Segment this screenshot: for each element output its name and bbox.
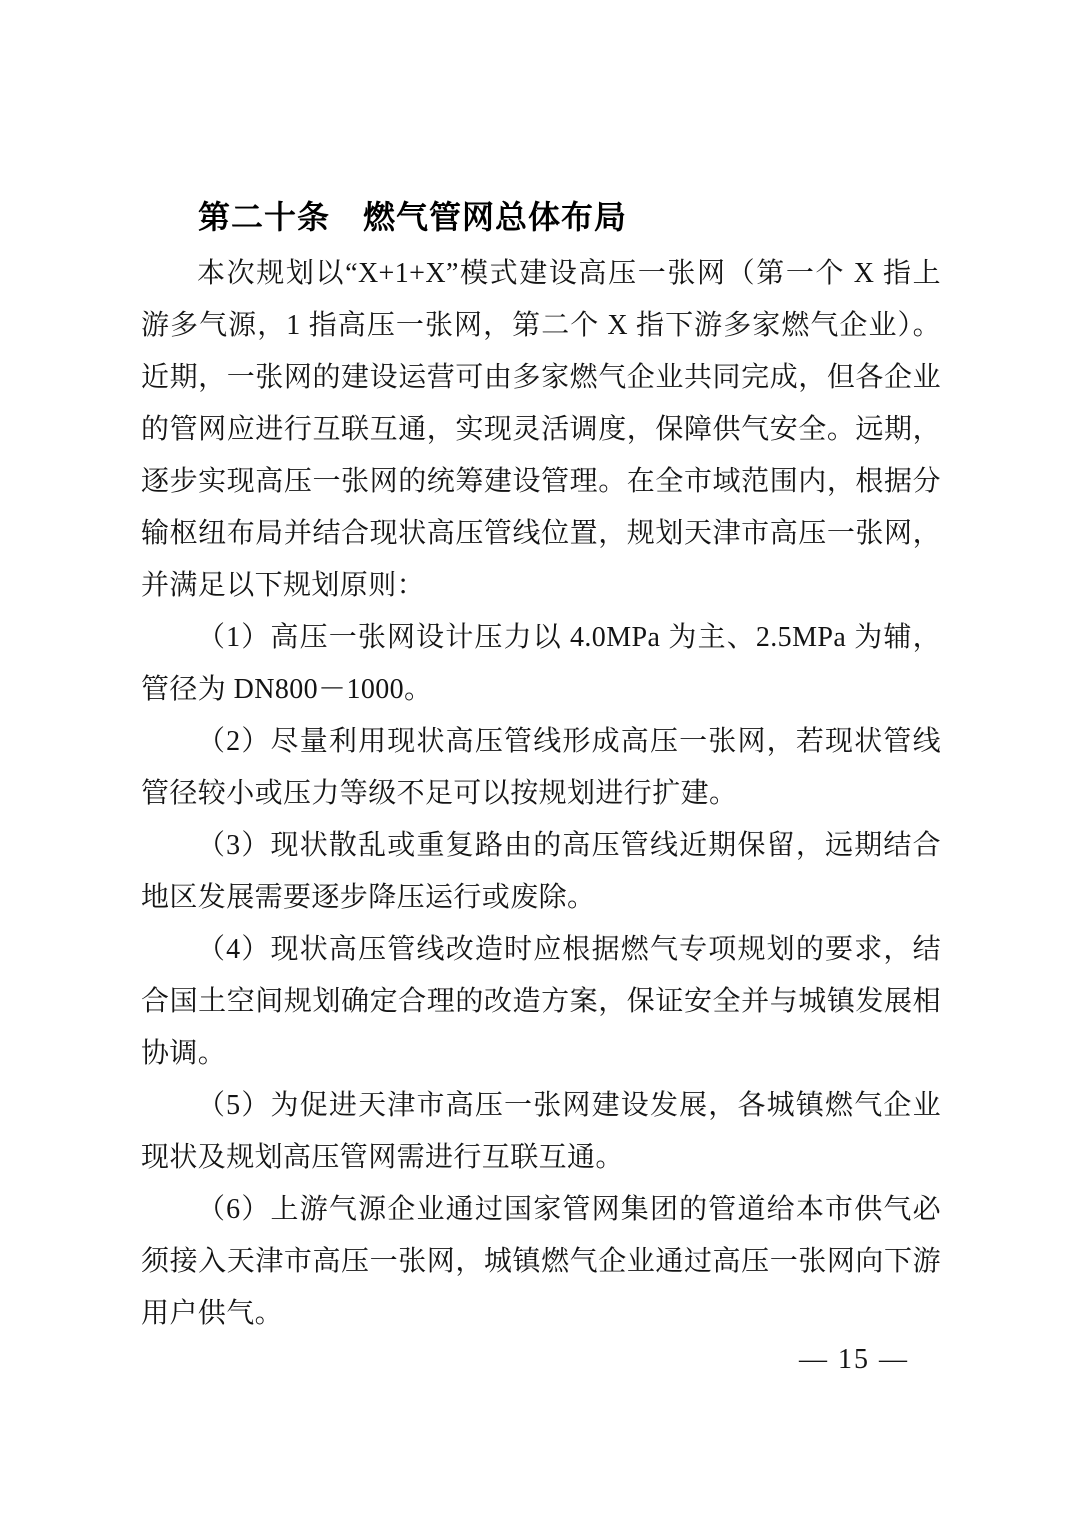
paragraph-principle-5: （5）为促进天津市高压一张网建设发展，各城镇燃气企业现状及规划高压管网需进行互联… — [141, 1080, 941, 1184]
paragraph-principle-2: （2）尽量利用现状高压管线形成高压一张网，若现状管线管径较小或压力等级不足可以按… — [141, 716, 941, 820]
paragraph-principle-1: （1）高压一张网设计压力以 4.0MPa 为主、2.5MPa 为辅，管径为 DN… — [141, 612, 941, 716]
paragraph-intro: 本次规划以“X+1+X”模式建设高压一张网（第一个 X 指上游多气源，1 指高压… — [141, 248, 941, 612]
document-page: 第二十条 燃气管网总体布局 本次规划以“X+1+X”模式建设高压一张网（第一个 … — [0, 0, 1074, 1520]
page-number: — 15 — — [799, 1340, 909, 1380]
article-heading: 第二十条 燃气管网总体布局 — [141, 194, 941, 240]
paragraph-principle-4: （4）现状高压管线改造时应根据燃气专项规划的要求，结合国土空间规划确定合理的改造… — [141, 924, 941, 1080]
paragraph-principle-6: （6）上游气源企业通过国家管网集团的管道给本市供气必须接入天津市高压一张网，城镇… — [141, 1184, 941, 1340]
paragraph-principle-3: （3）现状散乱或重复路由的高压管线近期保留，远期结合地区发展需要逐步降压运行或废… — [141, 820, 941, 924]
article-body: 第二十条 燃气管网总体布局 本次规划以“X+1+X”模式建设高压一张网（第一个 … — [141, 194, 941, 1340]
